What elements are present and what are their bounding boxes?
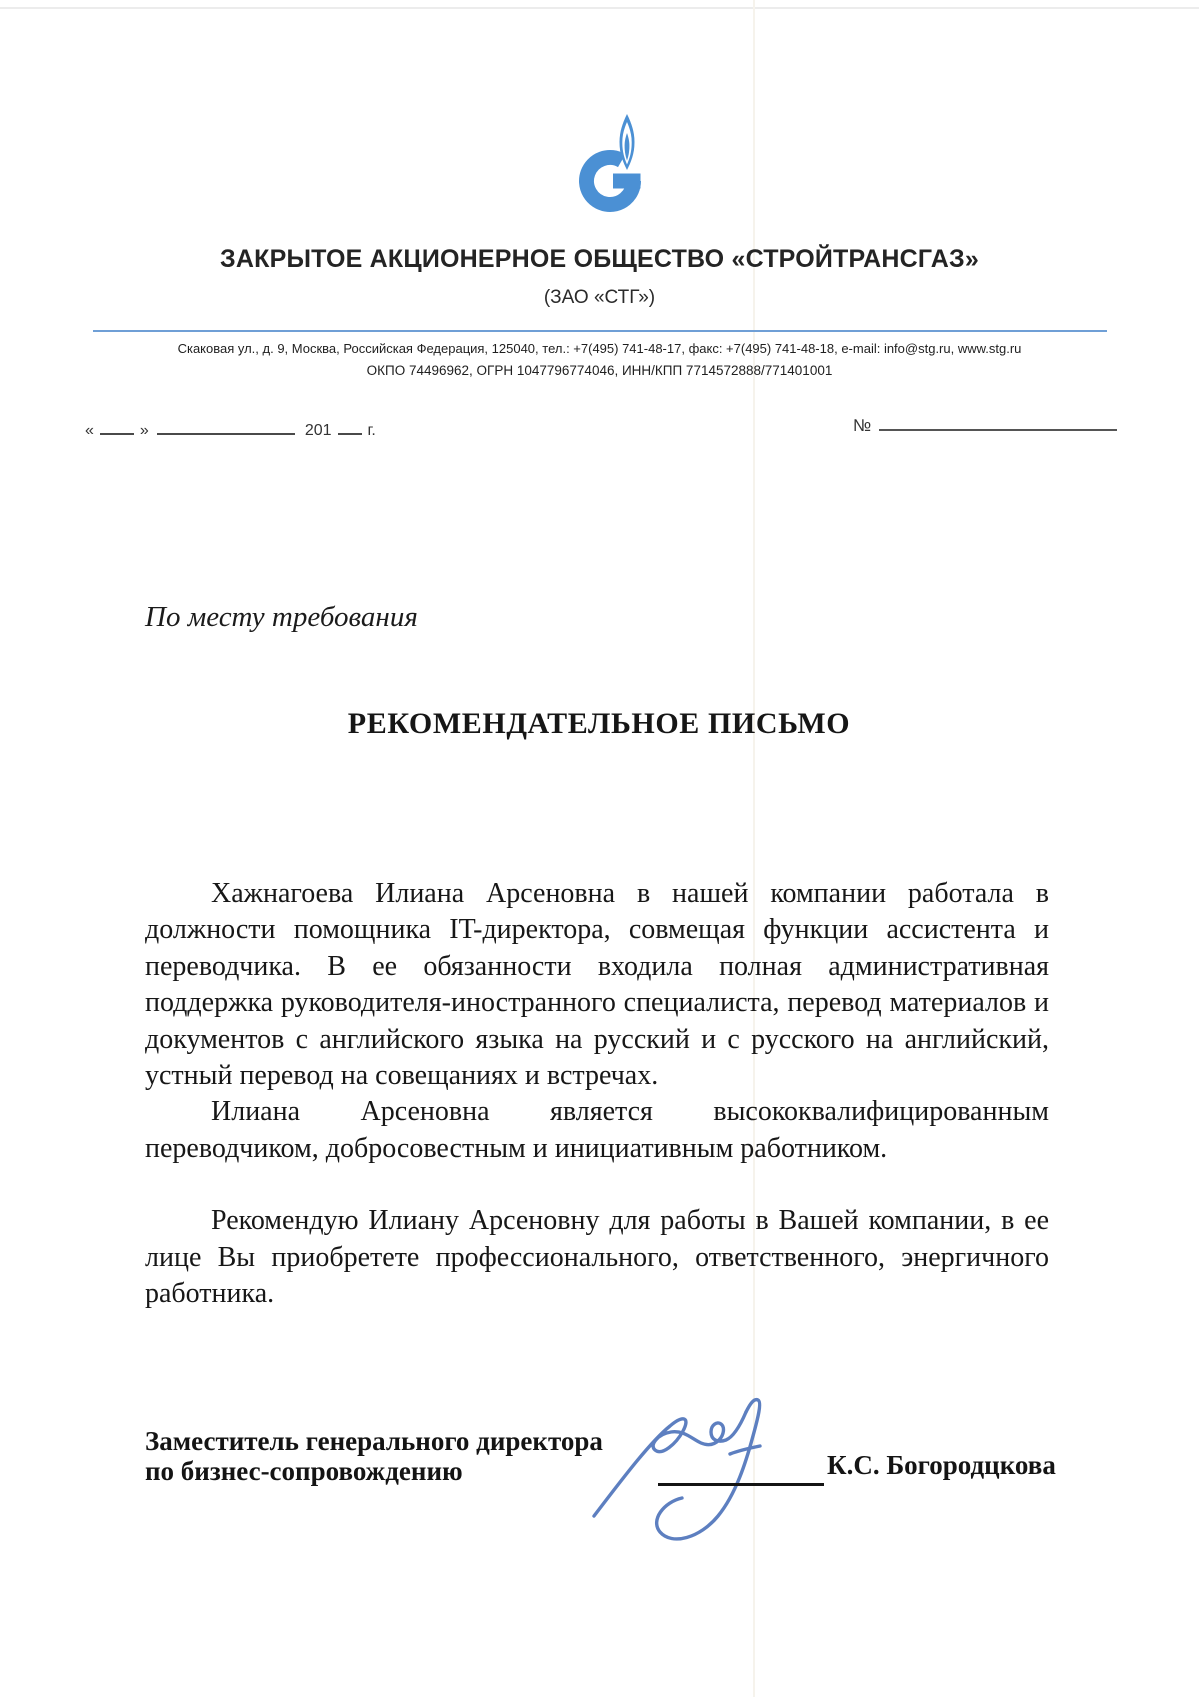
date-year-suffix: г.: [368, 422, 376, 439]
signature-position-line1: Заместитель генерального директора: [145, 1426, 603, 1456]
signature-line: [658, 1483, 824, 1486]
body-paragraph-2: Илиана Арсеновна является высококвалифиц…: [145, 1094, 1049, 1167]
signature-position-line2: по бизнес-сопровождению: [145, 1456, 603, 1486]
date-line: «»201г.: [85, 419, 376, 440]
date-year-blank: [338, 419, 362, 435]
letter-title: РЕКОМЕНДАТЕЛЬНОЕ ПИСЬМО: [147, 707, 1051, 741]
body-paragraph-3: Рекомендую Илиану Арсеновну для работы в…: [145, 1203, 1049, 1312]
letter-body: Хажнагоева Илиана Арсеновна в нашей комп…: [145, 876, 1049, 1312]
date-day-blank: [100, 419, 134, 435]
scan-artifact-top-line: [0, 7, 1199, 9]
signer-name: К.С. Богородцкова: [827, 1450, 1056, 1481]
number-blank: [879, 415, 1117, 431]
date-month-blank: [157, 419, 295, 435]
letterhead-rule: [93, 330, 1107, 332]
org-name: ЗАКРЫТОЕ АКЦИОНЕРНОЕ ОБЩЕСТВО «СТРОЙТРАН…: [0, 245, 1199, 274]
number-line: №: [853, 415, 1117, 436]
handwritten-signature-ink: [570, 1390, 860, 1550]
company-flame-logo-icon: [577, 113, 647, 213]
number-label: №: [853, 416, 871, 435]
body-paragraph-1: Хажнагоева Илиана Арсеновна в нашей комп…: [145, 876, 1049, 1094]
addressee-line: По месту требования: [145, 601, 418, 634]
date-close-quote: »: [140, 422, 149, 439]
date-open-quote: «: [85, 422, 94, 439]
date-year-prefix: 201: [305, 422, 332, 439]
registration-line: ОКПО 74496962, ОГРН 1047796774046, ИНН/К…: [0, 363, 1199, 378]
contact-line: Скаковая ул., д. 9, Москва, Российская Ф…: [0, 341, 1199, 356]
org-short-name: (ЗАО «СТГ»): [0, 287, 1199, 309]
signature-position-title: Заместитель генерального директора по би…: [145, 1426, 603, 1486]
